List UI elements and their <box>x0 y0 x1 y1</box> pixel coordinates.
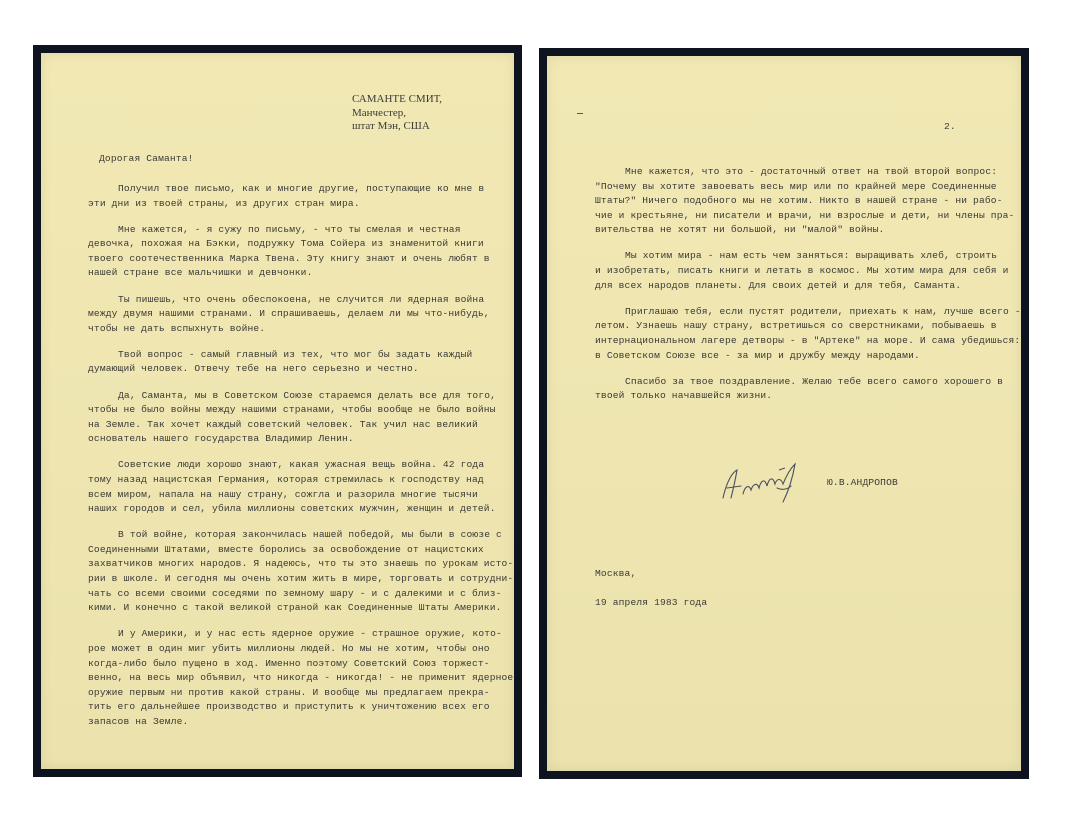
place-date: Москва, 19 апреля 1983 года <box>595 552 707 625</box>
text-line: наших городов и сел, убила миллионы сове… <box>88 502 518 517</box>
text-line: основатель нашего государства Владимир Л… <box>88 432 518 447</box>
text-line: чтобы не дать вспыхнуть войне. <box>88 322 518 337</box>
text-line: чтобы не было войны между нашими странам… <box>88 403 518 418</box>
text-line: Соединенными Штатами, вместе боролись за… <box>88 543 518 558</box>
text-line: Штаты?" Ничего подобного мы не хотим. Ни… <box>595 194 1025 209</box>
text-line: чать со всеми своими соседями по земному… <box>88 587 518 602</box>
recipient-name: САМАНТЕ СМИТ, <box>352 93 442 107</box>
text-line: чие и крестьяне, ни писатели и врачи, ни… <box>595 209 1025 224</box>
text-line: Мне кажется, что это - достаточный ответ… <box>595 165 1025 180</box>
text-line: оружие первым ни против какой страны. И … <box>88 686 518 701</box>
letter-body: Мне кажется, что это - достаточный ответ… <box>595 165 1025 415</box>
paragraph: Мы хотим мира - нам есть чем заняться: в… <box>595 249 1025 293</box>
text-line: между двумя нашими странами. И спрашивае… <box>88 307 518 322</box>
signature-icon <box>717 460 807 510</box>
text-line: Советские люди хорошо знают, какая ужасн… <box>88 458 518 473</box>
text-line: тому назад нацистская Германия, которая … <box>88 473 518 488</box>
paragraph: В той войне, которая закончилась нашей п… <box>88 528 518 616</box>
scan-mark <box>577 113 583 114</box>
paragraph: Мне кажется, что это - достаточный ответ… <box>595 165 1025 238</box>
text-line: всем миром, напала на нашу страну, сожгл… <box>88 488 518 503</box>
text-line: и изобретать, писать книги и летать в ко… <box>595 264 1025 279</box>
paper-sheet: 2. Мне кажется, что это - достаточный от… <box>547 56 1021 771</box>
place: Москва, <box>595 567 707 582</box>
text-line: эти дни из твоей страны, из других стран… <box>88 197 518 212</box>
paragraph: Спасибо за твое поздравление. Желаю тебе… <box>595 375 1025 404</box>
text-line: Твой вопрос - самый главный из тех, что … <box>88 348 518 363</box>
text-line: Мне кажется, - я сужу по письму, - что т… <box>88 223 518 238</box>
letter-page-2: 2. Мне кажется, что это - достаточный от… <box>539 48 1029 779</box>
text-line: рии в школе. И сегодня мы очень хотим жи… <box>88 572 518 587</box>
text-line: интернациональном лагере детворы - в "Ар… <box>595 334 1025 349</box>
text-line: думающий человек. Отвечу тебе на него се… <box>88 362 518 377</box>
letter-page-1: САМАНТЕ СМИТ, Манчестер, штат Мэн, США Д… <box>33 45 522 777</box>
letter-body: Получил твое письмо, как и многие другие… <box>88 182 518 741</box>
paragraph: Получил твое письмо, как и многие другие… <box>88 182 518 211</box>
paragraph: И у Америки, и у нас есть ядерное оружие… <box>88 627 518 729</box>
paragraph: Мне кажется, - я сужу по письму, - что т… <box>88 223 518 281</box>
text-line: в Советском Союзе все - за мир и дружбу … <box>595 349 1025 364</box>
paper-sheet: САМАНТЕ СМИТ, Манчестер, штат Мэн, США Д… <box>41 53 514 769</box>
text-line: летом. Узнаешь нашу страну, встретишься … <box>595 319 1025 334</box>
paragraph: Да, Саманта, мы в Советском Союзе старае… <box>88 389 518 447</box>
signatory-name: Ю.В.АНДРОПОВ <box>827 476 898 491</box>
text-line: рое может в один миг убить миллионы люде… <box>88 642 518 657</box>
page-number: 2. <box>944 120 956 135</box>
recipient-state: штат Мэн, США <box>352 120 442 134</box>
text-line: кими. И конечно с такой великой страной … <box>88 601 518 616</box>
text-line: "Почему вы хотите завоевать весь мир или… <box>595 180 1025 195</box>
paragraph: Твой вопрос - самый главный из тех, что … <box>88 348 518 377</box>
text-line: Мы хотим мира - нам есть чем заняться: в… <box>595 249 1025 264</box>
text-line: Получил твое письмо, как и многие другие… <box>88 182 518 197</box>
text-line: Ты пишешь, что очень обеспокоена, не слу… <box>88 293 518 308</box>
text-line: твоего соотечественника Марка Твена. Эту… <box>88 252 518 267</box>
recipient-address: САМАНТЕ СМИТ, Манчестер, штат Мэн, США <box>352 93 442 134</box>
text-line: Спасибо за твое поздравление. Желаю тебе… <box>595 375 1025 390</box>
text-line: для всех народов планеты. Для своих дете… <box>595 279 1025 294</box>
text-line: Да, Саманта, мы в Советском Союзе старае… <box>88 389 518 404</box>
text-line: захватчиков многих народов. Я надеюсь, ч… <box>88 557 518 572</box>
recipient-city: Манчестер, <box>352 107 442 121</box>
text-line: когда-либо было пущено в ход. Именно поэ… <box>88 657 518 672</box>
text-line: нашей стране все мальчишки и девчонки. <box>88 266 518 281</box>
paragraph: Советские люди хорошо знают, какая ужасн… <box>88 458 518 516</box>
date: 19 апреля 1983 года <box>595 596 707 611</box>
paragraph: Приглашаю тебя, если пустят родители, пр… <box>595 305 1025 363</box>
text-line: на Земле. Так хочет каждый советский чел… <box>88 418 518 433</box>
text-line: венно, на весь мир объявил, что никогда … <box>88 671 518 686</box>
text-line: вительства не хотят ни большой, ни "мало… <box>595 223 1025 238</box>
text-line: запасов на Земле. <box>88 715 518 730</box>
text-line: твоей только начавшейся жизни. <box>595 389 1025 404</box>
text-line: Приглашаю тебя, если пустят родители, пр… <box>595 305 1025 320</box>
text-line: В той войне, которая закончилась нашей п… <box>88 528 518 543</box>
text-line: И у Америки, и у нас есть ядерное оружие… <box>88 627 518 642</box>
paragraph: Ты пишешь, что очень обеспокоена, не слу… <box>88 293 518 337</box>
greeting: Дорогая Саманта! <box>99 152 194 167</box>
text-line: тить его дальнейшее производство и прист… <box>88 700 518 715</box>
text-line: девочка, похожая на Бэкки, подружку Тома… <box>88 237 518 252</box>
